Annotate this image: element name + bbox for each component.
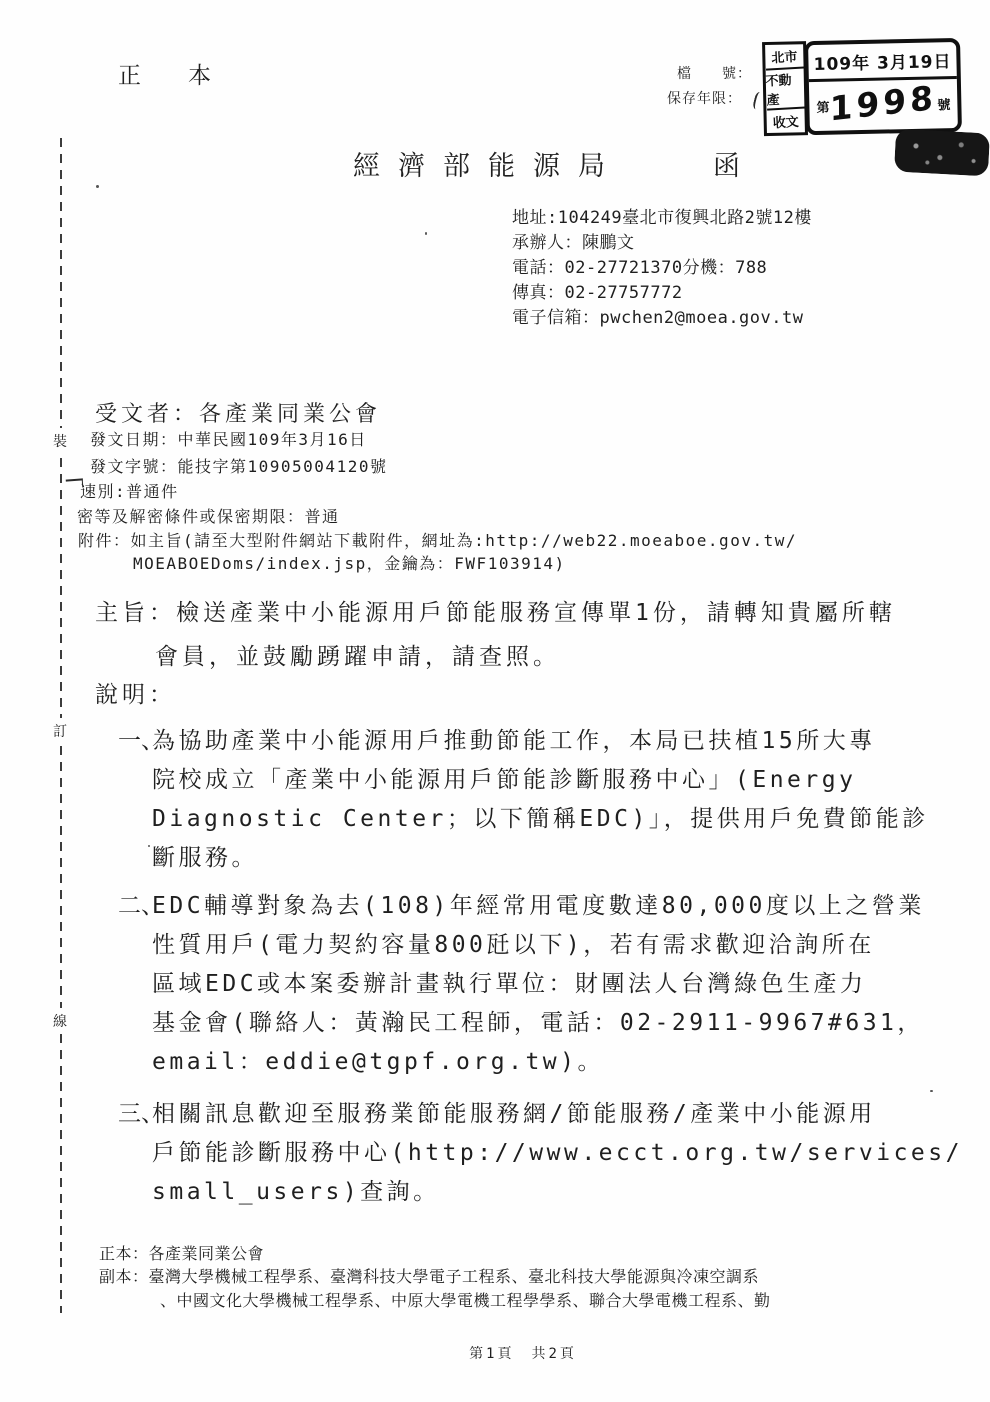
archive-labels: 檔 號： 保存年限： [667,62,752,112]
scan-speck [425,232,427,235]
stamp-org-line: 收文 [766,109,805,134]
stamp-org-line: 北市 [765,44,804,71]
stamp-number-prefix: 第 [816,97,829,116]
body-line: 一、為協助產業中小能源用戶推動節能工作，本局已扶植15所大專 [118,722,908,761]
sender-address: 地址:104249臺北市復興北路2號12樓 [512,206,812,231]
sender-phone: 電話：02-27721370分機：788 [512,256,812,281]
receipt-stamp-org-column: 北市 不動產 收文 [762,41,808,136]
body-line: small_users)查詢。 [118,1173,908,1212]
delivery-speed-line: 速別:普通件 [80,479,179,502]
scan-speck [96,185,99,188]
item-marker: 二、 [118,887,152,926]
document-title: 經濟部能源局 函 [353,144,758,183]
document-number-line: 發文字號：能技字第10905004120號 [90,454,387,477]
sender-email: 電子信箱：pwchen2@moea.gov.tw [512,306,812,331]
stamp-received-date: 109年 3月19日 [808,42,957,82]
stamp-number-suffix: 號 [937,94,950,113]
body-line: 戶節能診斷服務中心(http://www.ecct.org.tw/service… [118,1134,908,1173]
stamp-org-line: 不動產 [765,69,805,111]
item-text: EDC輔導對象為去(108)年經常用電度數達80,000度以上之營業 [152,893,925,919]
copy-type-label: 正 本 [118,57,223,90]
body-line: Diagnostic Center；以下簡稱EDC)」，提供用戶免費節能診 [118,800,908,839]
inked-stamp-smudge [894,129,990,177]
attachment-line-1: 附件：如主旨(請至大型附件網站下載附件，網址為:http://web22.moe… [78,528,797,551]
scan-speck [930,1090,933,1092]
item-marker: 三、 [118,1095,152,1134]
recipient-line: 受文者：各產業同業公會 [95,397,381,428]
body-line: 斷服務。 [118,839,908,878]
issue-date-line: 發文日期：中華民國109年3月16日 [90,427,367,450]
security-classification-line: 密等及解密條件或保密期限：普通 [77,504,340,527]
subject-line-1: 主旨：檢送產業中小能源用戶節能服務宣傳單1份，請轉知貴屬所轄 [95,594,896,627]
distribution-copy-line-2: 、中國文化大學機械工程學系、中原大學電機工程學學系、聯合大學電機工程系、勤 [160,1288,771,1311]
body-line: 院校成立「產業中小能源用戶節能診斷服務中心」(Energy [118,761,908,800]
subject-line-2: 會員，並鼓勵踴躍申請，請查照。 [155,638,560,671]
body-line: 性質用戶(電力契約容量800瓩以下)，若有需求歡迎洽詢所在 [118,926,908,965]
distribution-copy-line-1: 副本：臺灣大學機械工程學系、臺灣科技大學電子工程系、臺北科技大學能源與冷凍空調系 [99,1264,759,1287]
item-text: 相關訊息歡迎至服務業節能服務網/節能服務/產業中小能源用 [152,1101,876,1127]
explanation-item-2: 二、EDC輔導對象為去(108)年經常用電度數達80,000度以上之營業 性質用… [118,887,908,1082]
file-number-label: 檔 號： [667,62,752,87]
explanation-item-3: 三、相關訊息歡迎至服務業節能服務網/節能服務/產業中小能源用 戶節能診斷服務中心… [118,1095,908,1212]
scan-speck [148,845,150,847]
stamp-receipt-number: 1998 [830,77,937,128]
margin-marker-thread: 線 [53,1008,67,1034]
sender-contact-person: 承辦人：陳鵬文 [512,231,812,256]
receipt-stamp: 北市 不動產 收文 109年 3月19日 第 1998 號 [762,38,962,136]
body-line: email：eddie@tgpf.org.tw)。 [118,1043,908,1082]
retention-period-label: 保存年限： [667,87,752,112]
sender-contact-block: 地址:104249臺北市復興北路2號12樓 承辦人：陳鵬文 電話：02-2772… [512,206,812,331]
distribution-original: 正本：各產業同業公會 [99,1241,264,1264]
stamp-number-row: 第 1998 號 [809,79,958,131]
explanation-heading: 說明： [95,676,176,709]
attachment-line-2: MOEABOEDoms/index.jsp，金鑰為：FWF103914) [133,551,566,574]
body-line: 二、EDC輔導對象為去(108)年經常用電度數達80,000度以上之營業 [118,887,908,926]
margin-marker-staple: 訂 [53,718,67,744]
explanation-item-1: 一、為協助產業中小能源用戶推動節能工作，本局已扶植15所大專 院校成立「產業中小… [118,722,908,878]
item-marker: 一、 [118,722,152,761]
scanned-official-letter-page: 裝 訂 線 正 本 檔 號： 保存年限： 北市 不動產 收文 109年 3月19… [0,0,990,1402]
sender-fax: 傳真：02-27757772 [512,281,812,306]
receipt-stamp-main-box: 109年 3月19日 第 1998 號 [804,38,962,135]
body-line: 區域EDC或本案委辦計畫執行單位：財團法人台灣綠色生產力 [118,965,908,1004]
margin-marker-binding: 裝 [53,428,67,454]
item-text: 為協助產業中小能源用戶推動節能工作，本局已扶植15所大專 [152,728,876,754]
body-line: 三、相關訊息歡迎至服務業節能服務網/節能服務/產業中小能源用 [118,1095,908,1134]
body-line: 基金會(聯絡人：黃瀚民工程師，電話：02-2911-9967#631， [118,1004,908,1043]
page-number-footer: 第1頁 共2頁 [28,1343,990,1363]
